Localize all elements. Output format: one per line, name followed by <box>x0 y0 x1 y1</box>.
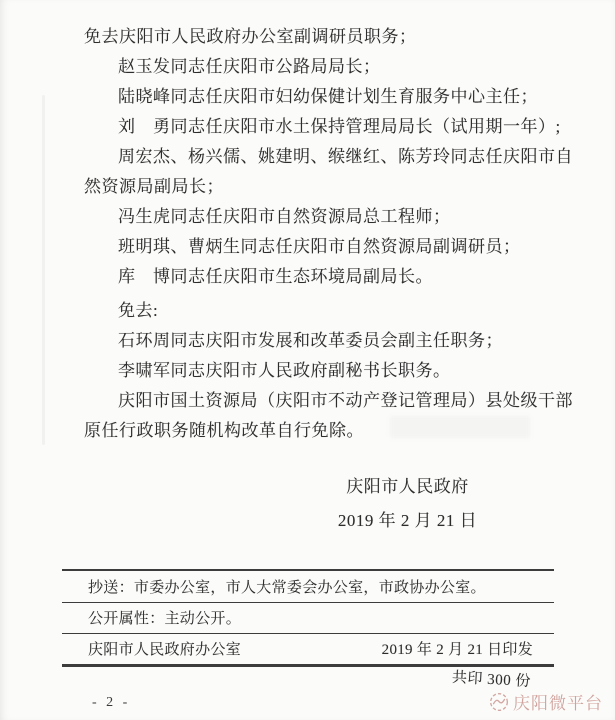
body-paragraph: 班明琪、曹炳生同志任庆阳市自然资源局副调研员； <box>84 232 582 262</box>
page-number: - 2 - <box>92 695 130 711</box>
footer-divider-mid-1 <box>62 602 554 603</box>
signature-date: 2019 年 2 月 21 日 <box>325 504 490 538</box>
watermark: 庆阳微平台 <box>489 689 603 714</box>
document-body: 免去庆阳市人民政府办公室副调研员职务； 赵玉发同志任庆阳市公路局局长； 陆晓峰同… <box>84 22 582 446</box>
body-paragraph: 陆晓峰同志任庆阳市妇幼保健计划生育服务中心主任； <box>84 82 582 112</box>
watermark-text: 庆阳微平台 <box>513 689 603 714</box>
body-paragraph: 庆阳市国土资源局（庆阳市不动产登记管理局）县处级干部原任行政职务随机构改革自行免… <box>84 386 582 446</box>
footer-divider-top <box>62 569 554 571</box>
body-paragraph: 李啸军同志庆阳市人民政府副秘书长职务。 <box>84 356 582 386</box>
body-paragraph: 石环周同志庆阳市发展和改革委员会副主任职务； <box>84 326 582 356</box>
body-paragraph: 免去: <box>84 296 582 326</box>
signature-block: 庆阳市人民政府 2019 年 2 月 21 日 <box>325 470 490 538</box>
body-paragraph: 周宏杰、杨兴儒、姚建明、缑继红、陈芳玲同志任庆阳市自然资源局副局长； <box>84 142 582 202</box>
body-paragraph: 免去庆阳市人民政府办公室副调研员职务； <box>84 22 582 52</box>
signature-issuer: 庆阳市人民政府 <box>325 470 490 504</box>
qingyang-platform-logo-icon <box>489 692 509 712</box>
body-paragraph: 库 博同志任庆阳市生态环境局副局长。 <box>84 262 582 292</box>
footer-cc-line: 抄送：市委办公室，市人大常委会办公室，市政协办公室。 <box>88 579 486 597</box>
body-paragraph: 赵玉发同志任庆阳市公路局局长； <box>84 52 582 82</box>
body-paragraph: 冯生虎同志任庆阳市自然资源局总工程师； <box>84 202 582 232</box>
footer-divider-mid-2 <box>62 633 554 634</box>
scan-artifact-streak <box>42 95 45 445</box>
footer-print-date: 2019 年 2 月 21 日印发 <box>382 641 533 659</box>
footer-issuing-office: 庆阳市人民政府办公室 <box>88 641 241 659</box>
footer-divider-bottom <box>62 664 554 667</box>
scanned-document-page: 免去庆阳市人民政府办公室副调研员职务； 赵玉发同志任庆阳市公路局局长； 陆晓峰同… <box>0 0 615 720</box>
footer-disclosure-line: 公开属性：主动公开。 <box>88 610 241 628</box>
print-count-note: 共印 300 份 <box>452 666 532 691</box>
body-paragraph: 刘 勇同志任庆阳市水土保持管理局局长（试用期一年）; <box>84 112 582 142</box>
